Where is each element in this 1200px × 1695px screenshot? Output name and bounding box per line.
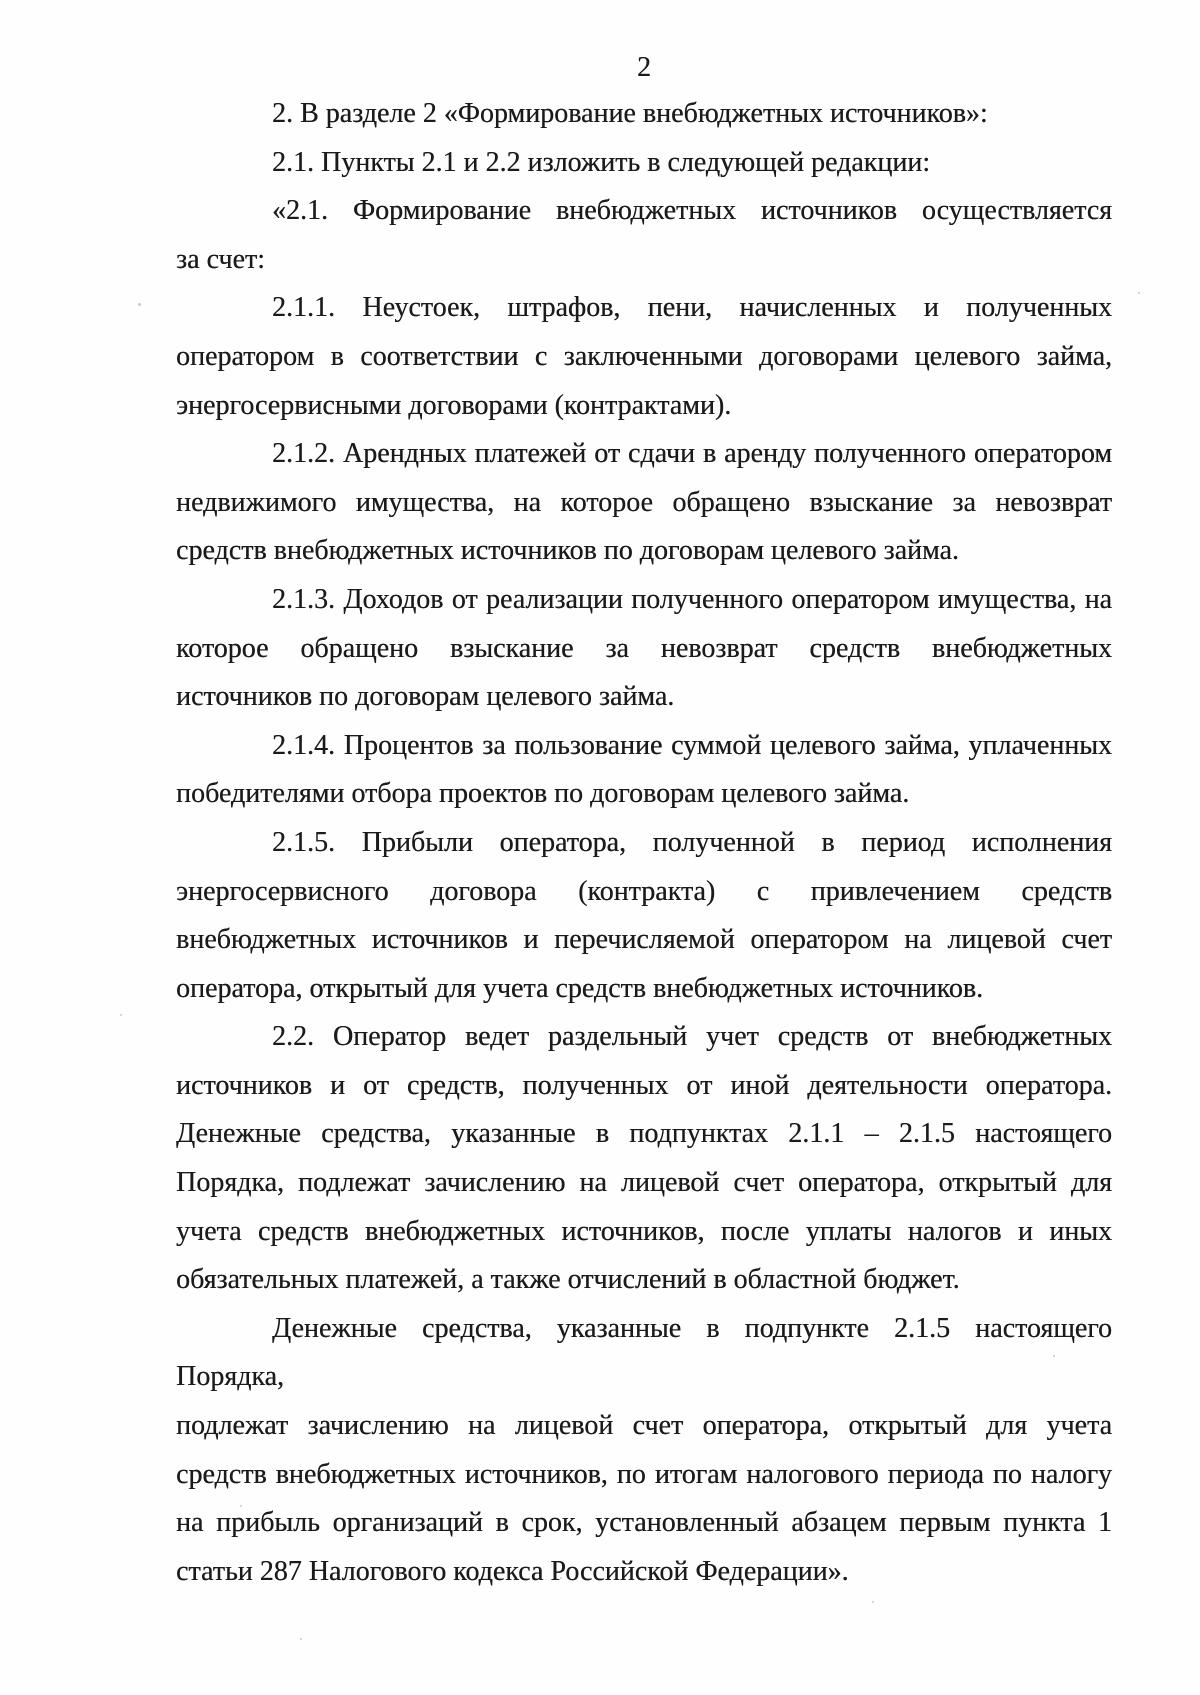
text-line: источников и от средств, полученных от и… xyxy=(176,1062,1112,1111)
text-line: внебюджетных источников и перечисляемой … xyxy=(176,916,1112,965)
text-line: которое обращено взыскание за невозврат … xyxy=(176,625,1112,674)
scan-speckle xyxy=(872,1601,874,1603)
text-line: Денежные средства, указанные в подпункте… xyxy=(176,1305,1112,1402)
scan-speckle xyxy=(1138,292,1140,294)
text-line: 2.1.2. Арендных платежей от сдачи в арен… xyxy=(176,430,1112,479)
text-line: Порядка, подлежат зачислению на лицевой … xyxy=(176,1159,1112,1208)
text-line: подлежат зачислению на лицевой счет опер… xyxy=(176,1402,1112,1451)
text-line: 2.2. Оператор ведет раздельный учет сред… xyxy=(176,1013,1112,1062)
text-line: оператора, открытый для учета средств вн… xyxy=(176,965,1112,1014)
text-line: «2.1. Формирование внебюджетных источник… xyxy=(176,187,1112,236)
text-line: обязательных платежей, а также отчислени… xyxy=(176,1256,1112,1305)
text-line: Денежные средства, указанные в подпункта… xyxy=(176,1110,1112,1159)
page-number: 2 xyxy=(176,44,1112,93)
scan-speckle xyxy=(240,1505,242,1507)
text-line: источников по договорам целевого займа. xyxy=(176,673,1112,722)
document-body: 2. В разделе 2 «Формирование внебюджетны… xyxy=(176,90,1112,1596)
text-line: недвижимого имущества, на которое обраще… xyxy=(176,479,1112,528)
text-line: 2.1.3. Доходов от реализации полученного… xyxy=(176,576,1112,625)
text-line: 2.1.4. Процентов за пользование суммой ц… xyxy=(176,722,1112,771)
scan-speckle xyxy=(120,1014,122,1016)
text-line: 2.1.5. Прибыли оператора, полученной в п… xyxy=(176,819,1112,868)
text-line: за счет: xyxy=(176,236,1112,285)
text-line: 2.1.1. Неустоек, штрафов, пени, начислен… xyxy=(176,284,1112,333)
text-line: статьи 287 Налогового кодекса Российской… xyxy=(176,1548,1112,1597)
text-line: на прибыль организаций в срок, установле… xyxy=(176,1499,1112,1548)
scan-speckle xyxy=(560,1577,562,1579)
text-line: средств внебюджетных источников, по итог… xyxy=(176,1451,1112,1500)
text-line: энергосервисного договора (контракта) с … xyxy=(176,868,1112,917)
text-line: оператором в соответствии с заключенными… xyxy=(176,333,1112,382)
scan-speckle xyxy=(300,1638,302,1640)
scan-speckle xyxy=(1053,1355,1055,1357)
text-line: учета средств внебюджетных источников, п… xyxy=(176,1208,1112,1257)
text-line: победителями отбора проектов по договора… xyxy=(176,770,1112,819)
text-line: 2.1. Пункты 2.1 и 2.2 изложить в следующ… xyxy=(176,139,1112,188)
text-line: 2. В разделе 2 «Формирование внебюджетны… xyxy=(176,90,1112,139)
scan-speckle xyxy=(138,303,141,306)
document-page: 2 2. В разделе 2 «Формирование внебюджет… xyxy=(0,0,1200,1695)
text-line: энергосервисными договорами (контрактами… xyxy=(176,382,1112,431)
text-line: средств внебюджетных источников по догов… xyxy=(176,527,1112,576)
